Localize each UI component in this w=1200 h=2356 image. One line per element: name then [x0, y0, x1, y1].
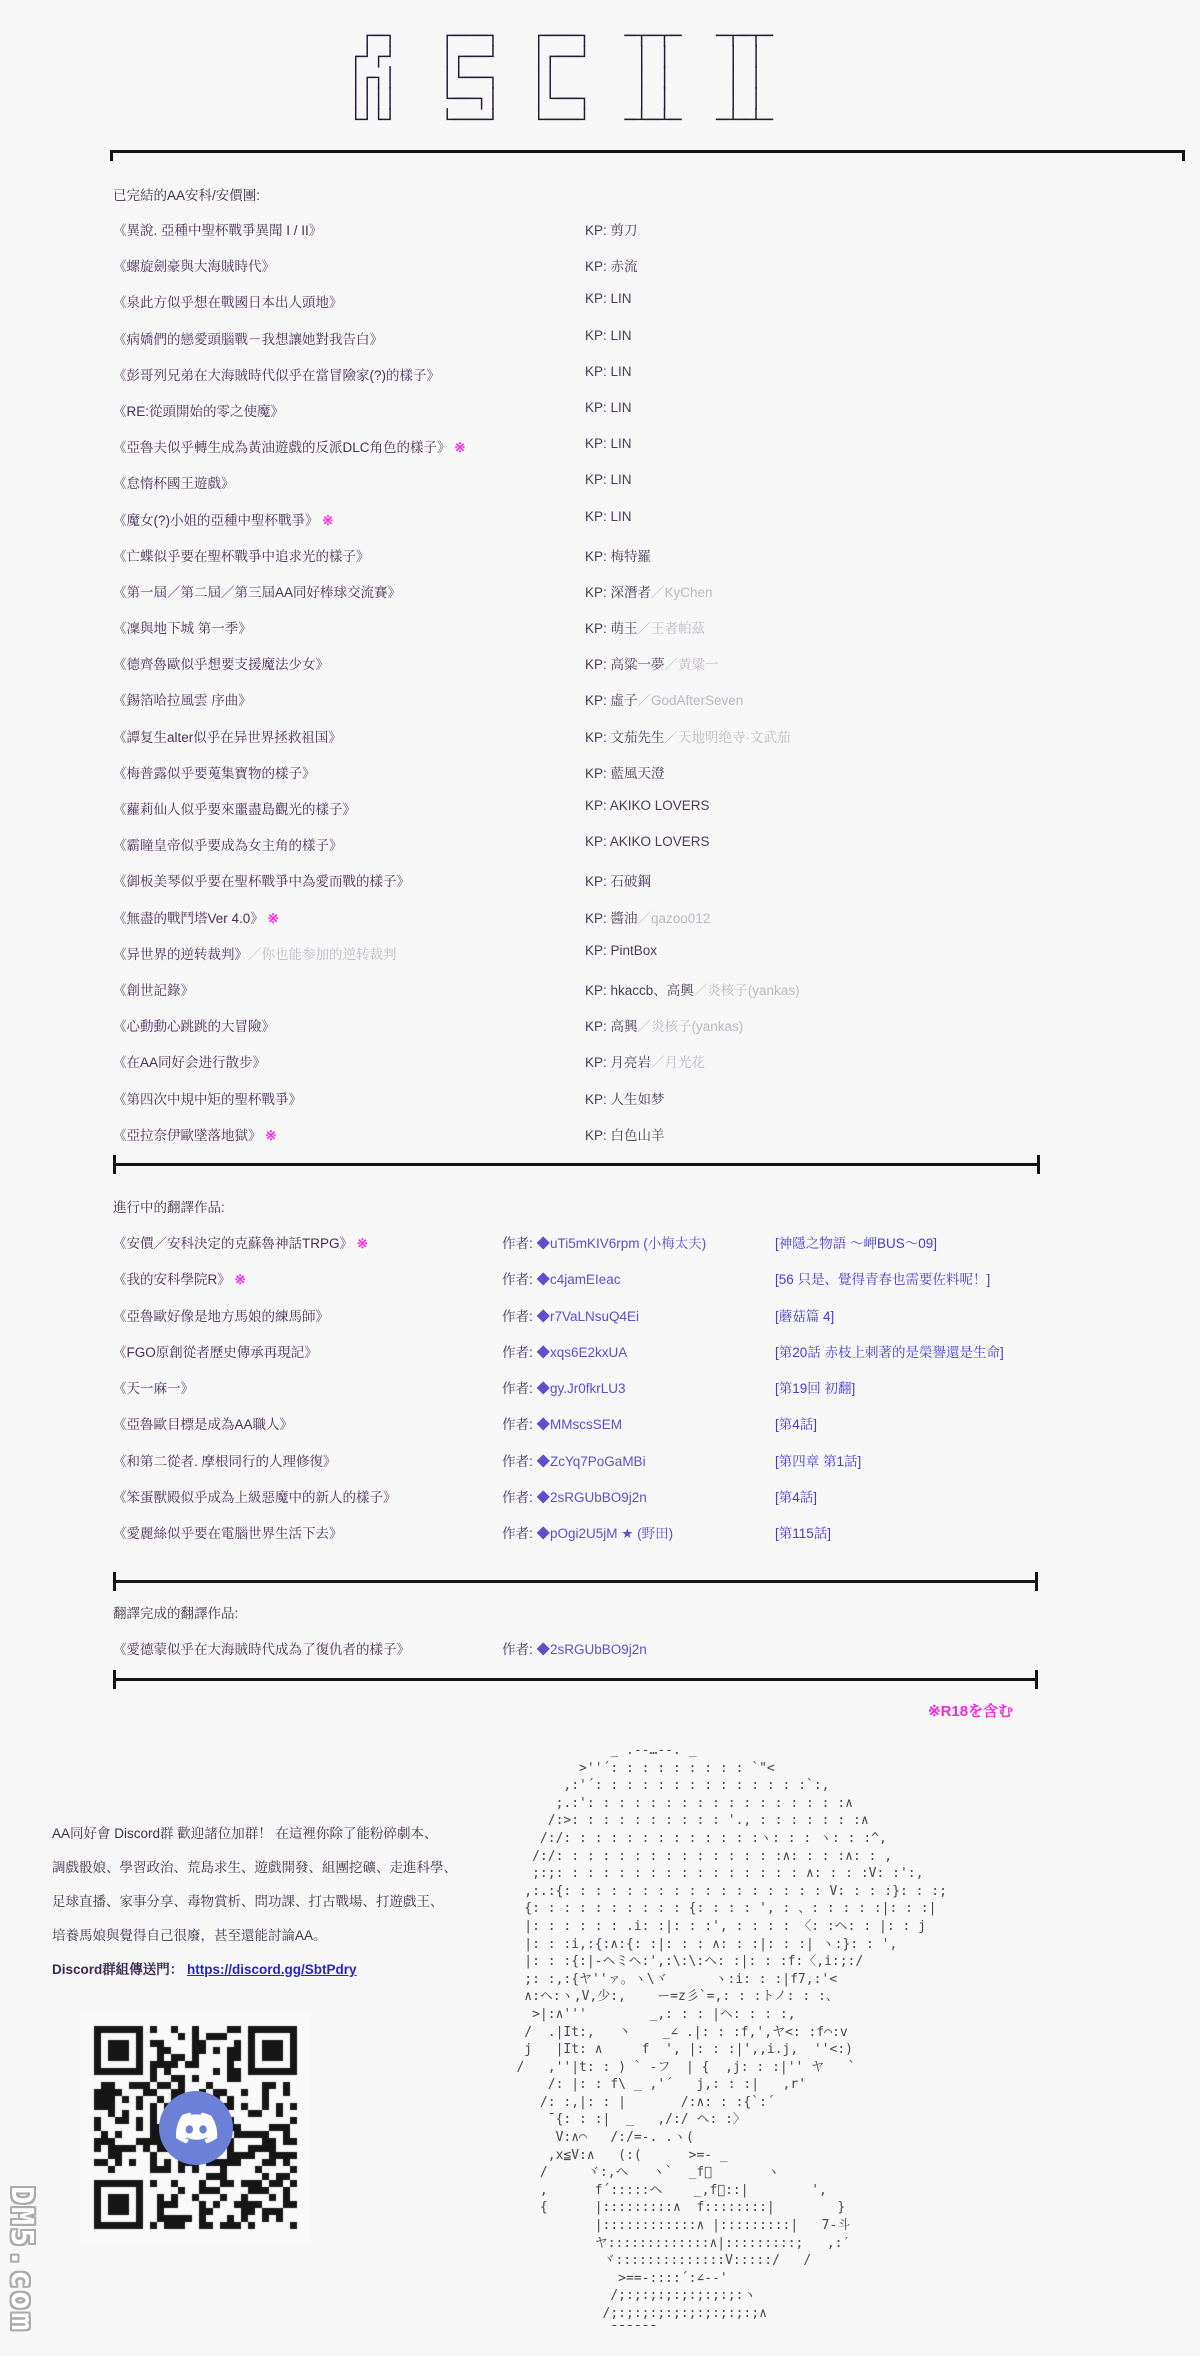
discord-info-line: 調戲骰娘、學習政治、荒島求生、遊戲開發、組團挖礦、走進科學、	[52, 1856, 457, 1890]
chapter-progress: [第20話 赤枝上刺著的是榮譽還是生命]	[775, 1341, 1004, 1361]
list-item: 《愛德蒙似乎在大海賊時代成為了復仇者的樣子》作者: ◆2sRGUbBO9j2n	[113, 1638, 1113, 1658]
work-title: 《安價／安科決定的克蘇魯神話TRPG》 ※	[113, 1232, 502, 1252]
work-title: 《創世記錄》	[113, 979, 585, 999]
list-item: 《御板美琴似乎要在聖杯戰爭中為愛而戰的樣子》KP: 石破鋼	[113, 870, 1113, 906]
list-item: 《無盡的戰鬥塔Ver 4.0》 ※KP: 醬油／qazoo012	[113, 907, 1113, 943]
r18-star-mark: ※	[353, 1236, 368, 1251]
work-title: 《錫箔哈拉風雲 序曲》	[113, 689, 585, 709]
work-title: 《德齊魯歐似乎想要支援魔法少女》	[113, 653, 585, 673]
discord-logo-icon	[159, 2091, 233, 2165]
discord-info-line: 足球直播、家事分享、毒物賞析、問功課、打古戰場、打遊戲王、	[52, 1890, 457, 1924]
kp-credit: KP: 梅特羅	[585, 545, 651, 565]
list-item: 《亡蝶似乎要在聖杯戰爭中追求光的樣子》KP: 梅特羅	[113, 545, 1113, 581]
divider-top-left-tick	[110, 150, 113, 161]
divider-mid-1	[113, 1163, 1040, 1166]
discord-portal-row: Discord群組傳送門： https://discord.gg/SbtPdry	[52, 1958, 357, 1978]
author-credit: 作者: ◆ZcYq7PoGaMBi	[502, 1450, 775, 1470]
discord-info-line: AA同好會 Discord群 歡迎諸位加群！ 在這裡你除了能粉碎劇本、	[52, 1822, 457, 1856]
kp-credit: KP: hkaccb、高興／炎核子(yankas)	[585, 979, 800, 999]
work-title: 《我的安科學院R》 ※	[113, 1268, 502, 1288]
r18-star-mark: ※	[264, 911, 279, 926]
work-title: 《亡蝶似乎要在聖杯戰爭中追求光的樣子》	[113, 545, 585, 565]
list-item: 《第四次中規中矩的聖杯戰爭》KP: 人生如梦	[113, 1088, 1113, 1124]
work-title: 《病嬌們的戀愛頭腦戰－我想讓她對我告白》	[113, 328, 585, 348]
divider-top-right-tick	[1182, 150, 1185, 161]
chapter-progress: [第四章 第1話]	[775, 1450, 861, 1470]
list-item: 《螺旋劍豪與大海賊時代》KP: 赤流	[113, 255, 1113, 291]
chapter-progress: [第115話]	[775, 1522, 831, 1542]
list-item: 《創世記錄》KP: hkaccb、高興／炎核子(yankas)	[113, 979, 1113, 1015]
kp-credit: KP: 人生如梦	[585, 1088, 665, 1108]
work-title: 《梅普露似乎要蒐集寶物的樣子》	[113, 762, 585, 782]
work-title: 《螺旋劍豪與大海賊時代》	[113, 255, 585, 275]
work-title: 《在AA同好会进行散步》	[113, 1051, 585, 1071]
chapter-progress: [第4話]	[775, 1413, 817, 1433]
chapter-progress: [蘑菇篇 4]	[775, 1305, 834, 1325]
list-item: 《安價／安科決定的克蘇魯神話TRPG》 ※作者: ◆uTi5mKIV6rpm (…	[113, 1232, 1113, 1268]
work-title: 《異說. 亞種中聖杯戰爭異聞 I / II》	[113, 219, 585, 239]
completed-list: 《異說. 亞種中聖杯戰爭異聞 I / II》KP: 剪刀《螺旋劍豪與大海賊時代》…	[113, 219, 1113, 1160]
kp-credit: KP: LIN	[585, 364, 632, 379]
work-title: 《FGO原創從者歷史傳承再現記》	[113, 1341, 502, 1361]
list-item: 《錫箔哈拉風雲 序曲》KP: 虛子／GodAfterSeven	[113, 689, 1113, 725]
work-title: 《亞拉奈伊歐墜落地獄》 ※	[113, 1124, 585, 1144]
author-credit: 作者: ◆2sRGUbBO9j2n	[502, 1638, 775, 1658]
divider-top	[110, 150, 1185, 153]
list-item: 《亞拉奈伊歐墜落地獄》 ※KP: 白色山羊	[113, 1124, 1113, 1160]
kp-alt-name: ／王者帕茲	[638, 621, 706, 636]
kp-alt-name: ／天地明绝寺·文武茄	[665, 730, 791, 745]
kp-alt-name: ／qazoo012	[638, 911, 711, 926]
work-title: 《RE:從頭開始的零之使魔》	[113, 400, 585, 420]
translating-heading: 進行中的翻譯作品:	[113, 1196, 225, 1216]
r18-star-mark: ※	[451, 440, 466, 455]
work-title: 《凜與地下城 第一季》	[113, 617, 585, 637]
chapter-progress: [56 只是、覺得青春也需要佐料呢！]	[775, 1268, 990, 1288]
kp-credit: KP: 白色山羊	[585, 1124, 665, 1144]
kp-credit: KP: 月亮岩／月光花	[585, 1051, 705, 1071]
list-item: 《亞魯歐目標是成為AA職人》作者: ◆MMscsSEM[第4話]	[113, 1413, 1113, 1449]
r18-star-mark: ※	[262, 1128, 277, 1143]
author-credit: 作者: ◆uTi5mKIV6rpm (小梅太夫)	[502, 1232, 775, 1252]
translating-list: 《安價／安科決定的克蘇魯神話TRPG》 ※作者: ◆uTi5mKIV6rpm (…	[113, 1232, 1113, 1559]
work-title: 《霸瞳皇帝似乎要成為女主角的樣子》	[113, 834, 585, 854]
work-title: 《蘿莉仙人似乎要來噩盡島觀光的樣子》	[113, 798, 585, 818]
dm5-watermark: DM5.com	[4, 2186, 39, 2333]
kp-credit: KP: 醬油／qazoo012	[585, 907, 710, 927]
author-credit: 作者: ◆xqs6E2kxUA	[502, 1341, 775, 1361]
work-title: 《第四次中規中矩的聖杯戰爭》	[113, 1088, 585, 1108]
divider-mid-1-right-tick	[1037, 1155, 1040, 1174]
kp-alt-name: ／黃粱一	[665, 657, 719, 672]
author-credit: 作者: ◆gy.Jr0fkrLU3	[502, 1377, 775, 1397]
kp-credit: KP: AKIKO LOVERS	[585, 834, 710, 849]
work-title: 《怠惰杯國王遊戲》	[113, 472, 585, 492]
r18-note: ※R18を含む	[928, 1700, 1013, 1721]
list-item: 《譚复生alter似乎在异世界拯救祖国》KP: 文茄先生／天地明绝寺·文武茄	[113, 726, 1113, 762]
kp-alt-name: ／KyChen	[651, 585, 713, 600]
work-title: 《第一屆／第二屆／第三屆AA同好棒球交流賽》	[113, 581, 585, 601]
chapter-progress: [神隱之物語 ～岬BUS～09]	[775, 1232, 937, 1252]
list-item: 《魔女(?)小姐的亞種中聖杯戰爭》 ※KP: LIN	[113, 509, 1113, 545]
ascii-art: _ .-‐…‐-. _ >''´: : : : : : : : : `"< ,:…	[446, 1742, 947, 2340]
title-subnote: ／你也能参加的逆转裁判	[248, 947, 397, 962]
kp-credit: KP: 剪刀	[585, 219, 638, 239]
author-credit: 作者: ◆r7VaLNsuQ4Ei	[502, 1305, 775, 1325]
list-item: 《病嬌們的戀愛頭腦戰－我想讓她對我告白》KP: LIN	[113, 328, 1113, 364]
work-title: 《愛麗絲似乎要在電腦世界生活下去》	[113, 1522, 502, 1542]
list-item: 《蘿莉仙人似乎要來噩盡島觀光的樣子》KP: AKIKO LOVERS	[113, 798, 1113, 834]
kp-credit: KP: LIN	[585, 291, 632, 306]
work-title: 《愛德蒙似乎在大海賊時代成為了復仇者的樣子》	[113, 1638, 502, 1658]
divider-bottom-right-tick	[1035, 1670, 1038, 1689]
kp-credit: KP: 藍風天澄	[585, 762, 665, 782]
kp-credit: KP: 萌王／王者帕茲	[585, 617, 705, 637]
discord-portal-label: Discord群組傳送門：	[52, 1962, 183, 1977]
kp-credit: KP: 文茄先生／天地明绝寺·文武茄	[585, 726, 791, 746]
discord-mascot-icon	[173, 2105, 219, 2151]
r18-star-mark: ※	[231, 1272, 246, 1287]
divider-bottom-left-tick	[113, 1670, 116, 1689]
work-title: 《譚复生alter似乎在异世界拯救祖国》	[113, 726, 585, 746]
translated-list: 《愛德蒙似乎在大海賊時代成為了復仇者的樣子》作者: ◆2sRGUbBO9j2n	[113, 1638, 1113, 1658]
list-item: 《心動動心跳跳的大冒險》KP: 高興／炎核子(yankas)	[113, 1015, 1113, 1051]
list-item: 《FGO原創從者歷史傳承再現記》作者: ◆xqs6E2kxUA[第20話 赤枝上…	[113, 1341, 1113, 1377]
translated-heading: 翻譯完成的翻譯作品:	[113, 1602, 238, 1622]
work-title: 《亞魯歐好像是地方馬娘的練馬師》	[113, 1305, 502, 1325]
work-title: 《彭哥列兄弟在大海賊時代似乎在當冒險家(?)的樣子》	[113, 364, 585, 384]
work-title: 《泉此方似乎想在戰國日本出人頭地》	[113, 291, 585, 311]
completed-heading: 已完結的AA安科/安價團:	[113, 184, 260, 204]
kp-alt-name: ／月光花	[651, 1055, 705, 1070]
kp-credit: KP: PintBox	[585, 943, 657, 958]
list-item: 《我的安科學院R》 ※作者: ◆c4jamEIeac[56 只是、覺得青春也需要…	[113, 1268, 1113, 1304]
kp-credit: KP: LIN	[585, 400, 632, 415]
list-item: 《RE:從頭開始的零之使魔》KP: LIN	[113, 400, 1113, 436]
divider-bottom	[113, 1678, 1038, 1681]
divider-mid-1-left-tick	[113, 1155, 116, 1174]
list-item: 《第一屆／第二屆／第三屆AA同好棒球交流賽》KP: 深潛者／KyChen	[113, 581, 1113, 617]
kp-credit: KP: 高興／炎核子(yankas)	[585, 1015, 743, 1035]
divider-mid-2-left-tick	[113, 1572, 116, 1591]
work-title: 《天一麻一》	[113, 1377, 502, 1397]
kp-credit: KP: 石破鋼	[585, 870, 651, 890]
kp-credit: KP: 高粱一夢／黃粱一	[585, 653, 719, 673]
author-credit: 作者: ◆2sRGUbBO9j2n	[502, 1486, 775, 1506]
author-credit: 作者: ◆c4jamEIeac	[502, 1268, 775, 1288]
page: ┌─┐ ┌───┐ ┌───┐ ─┬─┬─ ─┬─┬─ ┌┘┌┘ │┌──┘ │…	[0, 0, 1200, 2356]
list-item: 《笨蛋獸殿似乎成為上級惡魔中的新人的樣子》作者: ◆2sRGUbBO9j2n[第…	[113, 1486, 1113, 1522]
work-title: 《异世界的逆转裁判》／你也能参加的逆转裁判	[113, 943, 585, 963]
list-item: 《在AA同好会进行散步》KP: 月亮岩／月光花	[113, 1051, 1113, 1087]
work-title: 《魔女(?)小姐的亞種中聖杯戰爭》 ※	[113, 509, 585, 529]
kp-credit: KP: LIN	[585, 328, 632, 343]
list-item: 《亞魯夫似乎轉生成為黃油遊戲的反派DLC角色的樣子》 ※KP: LIN	[113, 436, 1113, 472]
kp-alt-name: ／炎核子(yankas)	[638, 1019, 744, 1034]
kp-credit: KP: LIN	[585, 509, 632, 524]
list-item: 《怠惰杯國王遊戲》KP: LIN	[113, 472, 1113, 508]
kp-credit: KP: 虛子／GodAfterSeven	[585, 689, 743, 709]
divider-mid-2-right-tick	[1035, 1572, 1038, 1591]
list-item: 《異說. 亞種中聖杯戰爭異聞 I / II》KP: 剪刀	[113, 219, 1113, 255]
chapter-progress: [第19回 初翻]	[775, 1377, 855, 1397]
list-item: 《梅普露似乎要蒐集寶物的樣子》KP: 藍風天澄	[113, 762, 1113, 798]
work-title: 《心動動心跳跳的大冒險》	[113, 1015, 585, 1035]
author-credit: 作者: ◆MMscsSEM	[502, 1413, 775, 1433]
qr-wrap	[80, 2012, 311, 2243]
kp-credit: KP: 赤流	[585, 255, 638, 275]
discord-info: AA同好會 Discord群 歡迎諸位加群！ 在這裡你除了能粉碎劇本、調戲骰娘、…	[52, 1822, 457, 1958]
discord-info-line: 培養馬娘與覺得自己很廢，甚至還能討論AA。	[52, 1924, 457, 1958]
kp-alt-name: ／GodAfterSeven	[638, 693, 744, 708]
work-title: 《亞魯夫似乎轉生成為黃油遊戲的反派DLC角色的樣子》 ※	[113, 436, 585, 456]
work-title: 《亞魯歐目標是成為AA職人》	[113, 1413, 502, 1433]
list-item: 《异世界的逆转裁判》／你也能参加的逆转裁判KP: PintBox	[113, 943, 1113, 979]
author-credit: 作者: ◆pOgi2U5jM ★ (野田)	[502, 1522, 775, 1542]
kp-credit: KP: LIN	[585, 472, 632, 487]
kp-alt-name: ／炎核子(yankas)	[694, 983, 800, 998]
list-item: 《霸瞳皇帝似乎要成為女主角的樣子》KP: AKIKO LOVERS	[113, 834, 1113, 870]
kp-credit: KP: LIN	[585, 436, 632, 451]
list-item: 《愛麗絲似乎要在電腦世界生活下去》作者: ◆pOgi2U5jM ★ (野田)[第…	[113, 1522, 1113, 1558]
kp-credit: KP: AKIKO LOVERS	[585, 798, 710, 813]
discord-invite-link[interactable]: https://discord.gg/SbtPdry	[187, 1962, 357, 1977]
list-item: 《泉此方似乎想在戰國日本出人頭地》KP: LIN	[113, 291, 1113, 327]
chapter-progress: [第4話]	[775, 1486, 817, 1506]
list-item: 《和第二從者. 摩根同行的人理修復》作者: ◆ZcYq7PoGaMBi[第四章 …	[113, 1450, 1113, 1486]
list-item: 《亞魯歐好像是地方馬娘的練馬師》作者: ◆r7VaLNsuQ4Ei[蘑菇篇 4]	[113, 1305, 1113, 1341]
divider-mid-2	[113, 1580, 1038, 1583]
kp-credit: KP: 深潛者／KyChen	[585, 581, 713, 601]
list-item: 《凜與地下城 第一季》KP: 萌王／王者帕茲	[113, 617, 1113, 653]
work-title: 《笨蛋獸殿似乎成為上級惡魔中的新人的樣子》	[113, 1486, 502, 1506]
work-title: 《和第二從者. 摩根同行的人理修復》	[113, 1450, 502, 1470]
list-item: 《天一麻一》作者: ◆gy.Jr0fkrLU3[第19回 初翻]	[113, 1377, 1113, 1413]
list-item: 《彭哥列兄弟在大海賊時代似乎在當冒險家(?)的樣子》KP: LIN	[113, 364, 1113, 400]
list-item: 《德齊魯歐似乎想要支援魔法少女》KP: 高粱一夢／黃粱一	[113, 653, 1113, 689]
r18-star-mark: ※	[319, 513, 334, 528]
work-title: 《無盡的戰鬥塔Ver 4.0》 ※	[113, 907, 585, 927]
work-title: 《御板美琴似乎要在聖杯戰爭中為愛而戰的樣子》	[113, 870, 585, 890]
ascii-logo: ┌─┐ ┌───┐ ┌───┐ ─┬─┬─ ─┬─┬─ ┌┘┌┘ │┌──┘ │…	[350, 26, 773, 131]
